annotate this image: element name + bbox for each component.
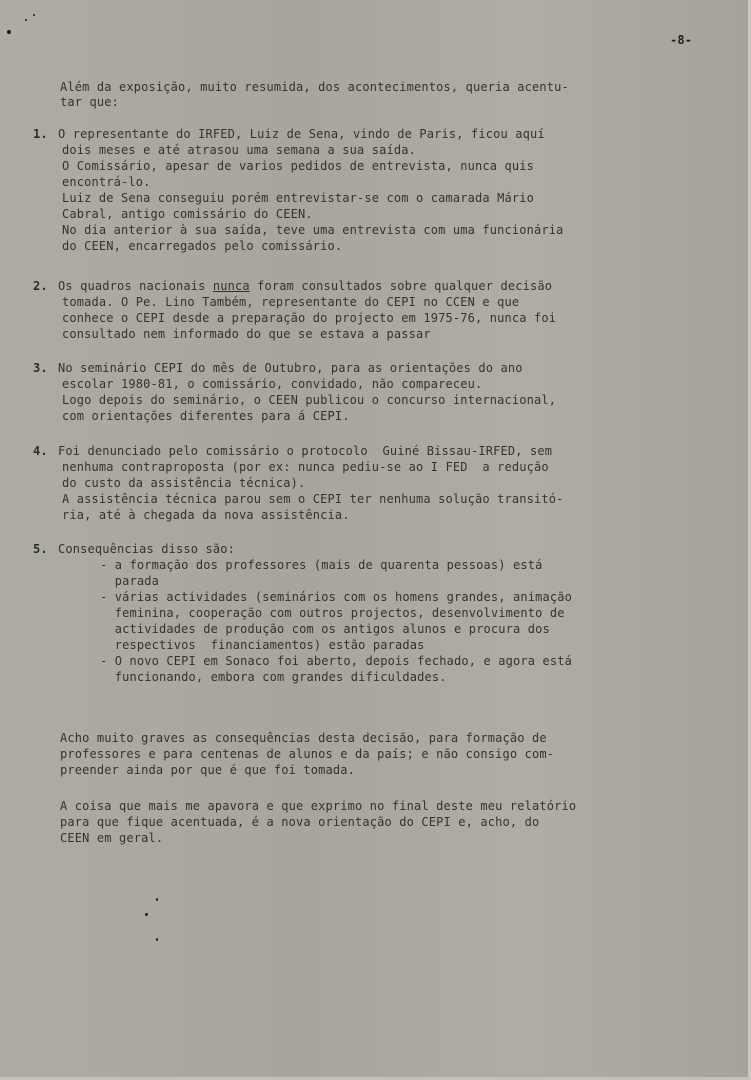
item-2-line: tomada. O Pe. Lino Também, representante… bbox=[62, 295, 519, 310]
item-number: 3. bbox=[33, 361, 48, 376]
item-1-line: Luiz de Sena conseguiu porém entrevistar… bbox=[62, 191, 534, 206]
item-1-line: Cabral, antigo comissário do CEEN. bbox=[62, 207, 313, 222]
item-1-line: O representante do IRFED, Luiz de Sena, … bbox=[58, 127, 545, 142]
bullet-line: parada bbox=[100, 574, 159, 589]
bullet-line: funcionando, embora com grandes dificuld… bbox=[100, 670, 447, 685]
document-page: -8- Além da exposição, muito resumida, d… bbox=[0, 0, 751, 1080]
bullet-line: - várias actividades (seminários com os … bbox=[100, 590, 572, 605]
item-number: 2. bbox=[33, 279, 48, 294]
item-3-line: No seminário CEPI do mês de Outubro, par… bbox=[58, 361, 523, 376]
paper-speck bbox=[25, 19, 27, 21]
item-1-line: No dia anterior à sua saída, teve uma en… bbox=[62, 223, 563, 238]
item-2-line: Os quadros nacionais nunca foram consult… bbox=[58, 279, 552, 294]
intro-line: tar que: bbox=[60, 95, 119, 110]
item-4-line: Foi denunciado pelo comissário o protoco… bbox=[58, 444, 552, 459]
item-4-line: ria, até à chegada da nova assistência. bbox=[62, 508, 350, 523]
closing-paragraph-line: preender ainda por que é que foi tomada. bbox=[60, 763, 355, 778]
paper-speck bbox=[7, 30, 11, 34]
paper-speck bbox=[156, 938, 158, 941]
item-1-line: encontrá-lo. bbox=[62, 175, 151, 190]
bullet-line: actividades de produção com os antigos a… bbox=[100, 622, 550, 637]
underlined-word: nunca bbox=[213, 279, 250, 293]
bullet-line: - O novo CEPI em Sonaco foi aberto, depo… bbox=[100, 654, 572, 669]
item-3-line: Logo depois do seminário, o CEEN publico… bbox=[62, 393, 556, 408]
item-1-line: O Comissário, apesar de varios pedidos d… bbox=[62, 159, 534, 174]
intro-line: Além da exposição, muito resumida, dos a… bbox=[60, 80, 569, 95]
item-5-heading: Consequências disso são: bbox=[58, 542, 235, 557]
item-4-line: nenhuma contraproposta (por ex: nunca pe… bbox=[62, 460, 549, 475]
item-number: 4. bbox=[33, 444, 48, 459]
item-4-line: do custo da assistência técnica). bbox=[62, 476, 305, 491]
bullet-line: respectivos financiamentos) estão parada… bbox=[100, 638, 424, 653]
bullet-line: - a formação dos professores (mais de qu… bbox=[100, 558, 542, 573]
paper-speck bbox=[156, 898, 158, 901]
item-number: 5. bbox=[33, 542, 48, 557]
item-4-line: A assistência técnica parou sem o CEPI t… bbox=[62, 492, 563, 507]
page-number: -8- bbox=[670, 33, 692, 47]
closing-paragraph-line: A coisa que mais me apavora e que exprim… bbox=[60, 799, 576, 814]
item-3-line: com orientações diferentes para á CEPI. bbox=[62, 409, 350, 424]
closing-paragraph-line: para que fique acentuada, é a nova orien… bbox=[60, 815, 539, 830]
item-number: 1. bbox=[33, 127, 48, 142]
item-2-line: consultado nem informado do que se estav… bbox=[62, 327, 431, 342]
bullet-line: feminina, cooperação com outros projecto… bbox=[100, 606, 565, 621]
closing-paragraph-line: Acho muito graves as consequências desta… bbox=[60, 731, 547, 746]
paper-speck bbox=[33, 14, 35, 16]
paper-speck bbox=[145, 913, 148, 916]
closing-paragraph-line: professores e para centenas de alunos e … bbox=[60, 747, 554, 762]
item-2-line: conhece o CEPI desde a preparação do pro… bbox=[62, 311, 556, 326]
item-1-line: dois meses e até atrasou uma semana a su… bbox=[62, 143, 416, 158]
closing-paragraph-line: CEEN em geral. bbox=[60, 831, 163, 846]
item-1-line: do CEEN, encarregados pelo comissário. bbox=[62, 239, 342, 254]
item-3-line: escolar 1980-81, o comissário, convidado… bbox=[62, 377, 482, 392]
